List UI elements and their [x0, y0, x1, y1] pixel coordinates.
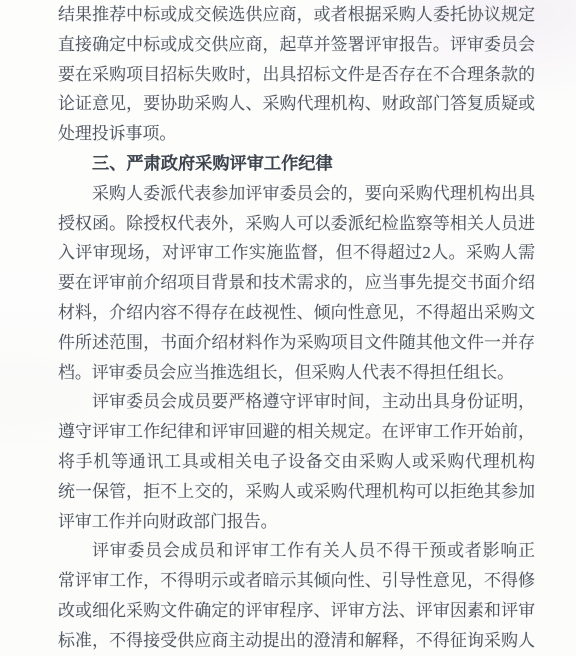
text-line: 档。评审委员会应当推选组长，但采购人代表不得担任组长。 — [58, 358, 535, 388]
text-line: 材料，介绍内容不得存在歧视性、倾向性意见，不得超出采购文 — [58, 298, 535, 328]
text-line: 采购人委派代表参加评审委员会的，要向采购代理机构出具 — [58, 179, 535, 209]
text-line: 授权函。除授权代表外，采购人可以委派纪检监察等相关人员进 — [58, 209, 535, 239]
text-line: 论证意见，要协助采购人、采购代理机构、财政部门答复质疑或 — [58, 89, 535, 119]
text-line: 评审委员会成员和评审工作有关人员不得干预或者影响正 — [58, 536, 535, 566]
document-text: 结果推荐中标或成交候选供应商，或者根据采购人委托协议规定直接确定中标或成交供应商… — [58, 0, 535, 656]
text-line: 要在采购项目招标失败时，出具招标文件是否存在不合理条款的 — [58, 60, 535, 90]
text-line: 处理投诉事项。 — [58, 119, 535, 149]
text-line: 结果推荐中标或成交候选供应商，或者根据采购人委托协议规定 — [58, 0, 535, 30]
text-line: 遵守评审工作纪律和评审回避的相关规定。在评审工作开始前， — [58, 417, 535, 447]
text-line: 要在评审前介绍项目背景和技术需求的，应当事先提交书面介绍 — [58, 268, 535, 298]
section-heading: 三、严肃政府采购评审工作纪律 — [58, 149, 535, 179]
text-line: 将手机等通讯工具或相关电子设备交由采购人或采购代理机构 — [58, 447, 535, 477]
text-line: 常评审工作，不得明示或者暗示其倾向性、引导性意见，不得修 — [58, 566, 535, 596]
text-line: 直接确定中标或成交供应商，起草并签署评审报告。评审委员会 — [58, 30, 535, 60]
text-line: 标准，不得接受供应商主动提出的澄清和解释，不得征询采购人 — [58, 626, 535, 656]
text-line: 改或细化采购文件确定的评审程序、评审方法、评审因素和评审 — [58, 596, 535, 626]
text-line: 评审工作并向财政部门报告。 — [58, 507, 535, 537]
text-line: 评审委员会成员要严格遵守评审时间，主动出具身份证明， — [58, 387, 535, 417]
text-line: 件所述范围，书面介绍材料作为采购项目文件随其他文件一并存 — [58, 328, 535, 358]
document-page: 结果推荐中标或成交候选供应商，或者根据采购人委托协议规定直接确定中标或成交供应商… — [0, 0, 576, 656]
text-line: 入评审现场，对评审工作实施监督，但不得超过2人。采购人需 — [58, 238, 535, 268]
text-line: 统一保管，拒不上交的，采购人或采购代理机构可以拒绝其参加 — [58, 477, 535, 507]
